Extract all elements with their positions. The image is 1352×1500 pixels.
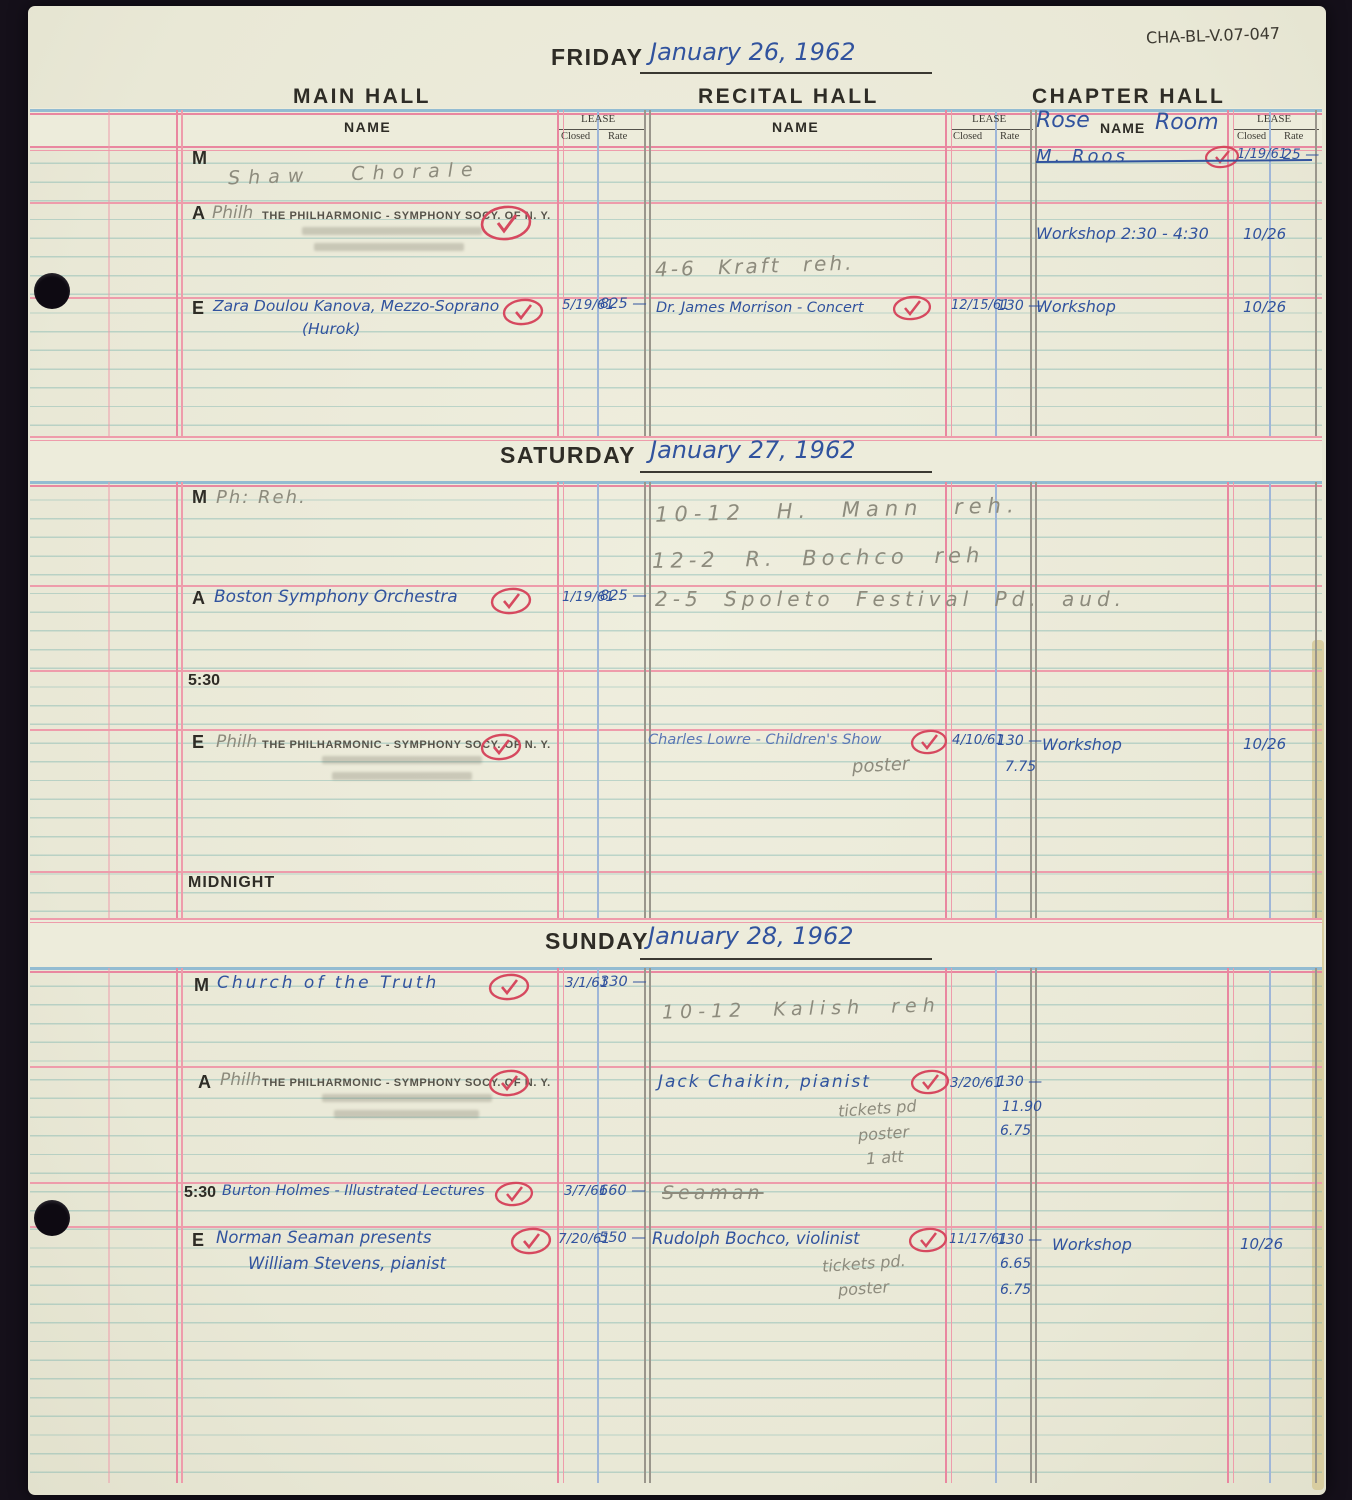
rule-line <box>1269 482 1271 918</box>
rule-line <box>108 110 110 436</box>
friday-date: January 26, 1962 <box>650 40 856 64</box>
stamp-smudge <box>334 1110 479 1118</box>
sunday-recital-e-rate: 130 — <box>997 1233 1042 1247</box>
saturday-row-e-label: E <box>192 733 204 751</box>
approval-check-icon <box>480 732 522 767</box>
rule-line <box>1035 968 1037 1483</box>
sunday-recital-a-rate3: 6.75 <box>1000 1124 1031 1138</box>
saturday-main-m-entry: Ph: Reh. <box>216 489 307 507</box>
rule-line <box>108 482 110 918</box>
recital-closed-col: Closed <box>953 132 982 143</box>
approval-check-icon <box>908 1226 948 1259</box>
sunday-chapter-e-closed: 10/26 <box>1240 1237 1283 1252</box>
rule-line <box>30 729 1322 731</box>
binder-hole <box>34 1200 70 1236</box>
saturday-main-a-rate: 825 — <box>600 589 647 604</box>
saturday-row-m-label: M <box>192 488 207 506</box>
rule-line <box>644 968 646 1483</box>
sunday-main-e-rate: 550 — <box>599 1231 646 1246</box>
rule-line <box>557 482 559 918</box>
saturday-recital-a-note: 2-5 Spoleto Festival Pd. aud. <box>655 589 1126 609</box>
sunday-recital-a-name: Jack Chaikin, pianist <box>658 1074 871 1091</box>
rule-line <box>597 110 599 436</box>
approval-check-icon <box>490 586 532 621</box>
rule-line <box>649 482 651 918</box>
rule-line <box>30 109 1322 112</box>
friday-chapter-m-entry: M. Roos <box>1036 148 1128 166</box>
rule-line <box>557 110 559 436</box>
sunday-recital-a-closed: 3/20/61 <box>950 1077 1002 1091</box>
chapter-name-col: NAME <box>1100 121 1145 135</box>
friday-chapter-a-closed: 10/26 <box>1243 227 1286 242</box>
friday-chapter-e-closed: 10/26 <box>1243 300 1286 315</box>
approval-check-icon <box>479 203 533 248</box>
stamp-smudge <box>322 756 482 764</box>
sunday-row-m-label: M <box>194 976 209 994</box>
main-lease-col: LEASE <box>581 114 615 125</box>
sunday-row-e-label: E <box>192 1231 204 1249</box>
rule-line <box>1269 968 1271 1483</box>
recital-hall-heading: RECITAL HALL <box>698 86 879 107</box>
friday-recital-a-note: 4-6 Kraft reh. <box>655 253 855 280</box>
sunday-main-530-name: Burton Holmes - Illustrated Lectures <box>222 1184 485 1199</box>
approval-check-icon <box>488 1068 530 1103</box>
saturday-chapter-e-closed: 10/26 <box>1243 737 1286 752</box>
rule-line <box>1035 482 1037 918</box>
rule-line <box>30 150 1322 152</box>
sunday-recital-530-note: Seaman <box>662 1184 764 1203</box>
sunday-main-e-name2: William Stevens, pianist <box>248 1256 446 1273</box>
rule-line <box>563 482 565 918</box>
friday-recital-e-name: Dr. James Morrison - Concert <box>656 301 864 316</box>
rule-line <box>30 1066 1322 1068</box>
rule-line <box>1233 482 1235 918</box>
rule-line <box>1234 129 1319 130</box>
friday-row-a-label: A <box>192 204 205 222</box>
friday-main-e-name: Zara Doulou Kanova, Mezzo-Soprano <box>213 299 499 315</box>
rule-line <box>563 968 565 1483</box>
approval-check-icon <box>910 728 948 761</box>
binder-hole <box>34 273 70 309</box>
chapter-name-pre: Rose <box>1036 110 1090 132</box>
friday-row-e-label: E <box>192 299 204 317</box>
saturday-date: January 27, 1962 <box>650 438 856 462</box>
recital-lease-col: LEASE <box>972 114 1006 125</box>
sunday-chapter-e-entry: Workshop <box>1052 1237 1132 1253</box>
stamp-smudge <box>332 772 472 780</box>
rule-line <box>557 968 559 1483</box>
sunday-recital-a-note3: 1 att <box>865 1149 904 1168</box>
rule-line <box>30 481 1322 484</box>
sunday-main-e-name1: Norman Seaman presents <box>216 1230 431 1247</box>
rule-line <box>557 129 645 130</box>
sunday-recital-a-note2: poster <box>858 1124 910 1144</box>
sunday-recital-a-rate: 130 — <box>997 1075 1042 1089</box>
chapter-rate-col: Rate <box>1284 132 1303 143</box>
rule-line <box>1227 968 1229 1483</box>
rule-line <box>945 110 947 436</box>
friday-chapter-e-entry: Workshop <box>1036 299 1116 315</box>
sunday-recital-e-note2: poster <box>838 1279 890 1299</box>
rule-line <box>181 110 183 436</box>
stamp-smudge <box>322 1094 492 1102</box>
recital-rate-col: Rate <box>1000 132 1019 143</box>
sunday-main-a-abbrev: Philh <box>220 1072 261 1089</box>
rule-line <box>951 968 953 1483</box>
friday-day-label: FRIDAY <box>551 46 644 69</box>
saturday-date-underline <box>640 471 932 473</box>
rule-line <box>644 482 646 918</box>
sunday-row-a-label: A <box>198 1073 211 1091</box>
rule-line <box>176 968 178 1483</box>
rule-line <box>597 482 599 918</box>
ledger-page-scan: CHA-BL-V.07-047 FRIDAY January 26, 1962 … <box>0 0 1352 1500</box>
approval-check-icon <box>910 1068 950 1101</box>
chapter-closed-col: Closed <box>1237 132 1266 143</box>
main-rate-col: Rate <box>608 132 627 143</box>
sunday-row-530-label: 5:30 <box>184 1185 216 1201</box>
sunday-recital-e-rate2: 6.65 <box>1000 1257 1031 1271</box>
chapter-lease-col: LEASE <box>1257 114 1291 125</box>
sunday-recital-a-rate2: 11.90 <box>1002 1100 1042 1114</box>
saturday-recital-e-rate2: 7.75 <box>1005 760 1036 774</box>
saturday-main-e-abbrev: Philh <box>216 734 257 751</box>
rule-line <box>30 918 1322 920</box>
chapter-name-post: Room <box>1155 112 1219 134</box>
rule-line <box>995 110 997 436</box>
approval-check-icon <box>488 972 530 1007</box>
sunday-recital-e-name: Rudolph Bochco, violinist <box>652 1231 860 1248</box>
rule-line <box>1030 482 1032 918</box>
rule-line <box>30 146 1322 148</box>
rule-line <box>951 110 953 436</box>
sunday-recital-e-rate3: 6.75 <box>1000 1283 1031 1297</box>
rule-line <box>1315 482 1317 918</box>
sunday-date-underline <box>640 958 932 960</box>
saturday-recital-e-name: Charles Lowre - Children's Show <box>648 733 881 748</box>
rule-line <box>597 968 599 1483</box>
saturday-recital-m-note2: 12-2 R. Bochco reh <box>652 545 985 572</box>
friday-main-e-rate: 825 — <box>600 297 647 312</box>
rule-line <box>181 482 183 918</box>
rule-line <box>181 968 183 1483</box>
rule-line <box>995 968 997 1483</box>
rule-line <box>1227 482 1229 918</box>
rule-line <box>30 670 1322 672</box>
sunday-main-530-rate: 660 — <box>599 1184 646 1199</box>
rule-line <box>644 110 646 436</box>
rule-line <box>108 968 110 1483</box>
friday-row-m-label: M <box>192 149 207 167</box>
rule-line <box>176 110 178 436</box>
approval-check-icon <box>502 297 544 332</box>
saturday-recital-e-note: poster <box>852 756 910 777</box>
approval-check-icon <box>494 1180 534 1213</box>
saturday-recital-e-rate: 130 — <box>997 734 1042 748</box>
sunday-day-label: SUNDAY <box>545 930 649 953</box>
main-name-col: NAME <box>344 120 391 134</box>
sunday-main-m-rate: 330 — <box>600 975 647 990</box>
friday-chapter-a-entry: Workshop 2:30 - 4:30 <box>1036 226 1209 242</box>
rule-line <box>563 110 565 436</box>
recital-name-col: NAME <box>772 120 819 134</box>
approval-check-icon <box>892 294 932 327</box>
friday-main-a-abbrev: Philh <box>212 205 253 222</box>
main-closed-col: Closed <box>561 132 590 143</box>
rule-line <box>1030 110 1032 436</box>
saturday-main-a-name: Boston Symphony Orchestra <box>214 589 458 606</box>
friday-main-e-name2: (Hurok) <box>302 322 360 338</box>
stamp-smudge <box>302 227 482 235</box>
rule-line <box>30 871 1322 873</box>
friday-date-underline <box>640 72 932 74</box>
rule-line <box>1030 968 1032 1483</box>
rule-line <box>1315 968 1317 1483</box>
rule-line <box>995 482 997 918</box>
rule-line <box>649 110 651 436</box>
rule-line <box>649 968 651 1483</box>
rule-line <box>30 967 1322 970</box>
archive-code: CHA-BL-V.07-047 <box>1146 26 1281 47</box>
chapter-hall-heading: CHAPTER HALL <box>1032 86 1225 107</box>
rule-line <box>176 482 178 918</box>
sunday-main-m-name: Church of the Truth <box>217 975 439 992</box>
stamp-smudge <box>314 243 464 251</box>
saturday-row-a-label: A <box>192 589 205 607</box>
rule-line <box>1233 968 1235 1483</box>
saturday-row-midnight-label: MIDNIGHT <box>188 875 275 891</box>
rule-line <box>30 113 1322 115</box>
saturday-chapter-e-entry: Workshop <box>1042 737 1122 753</box>
saturday-row-530-label: 5:30 <box>188 673 220 689</box>
rule-line <box>951 129 1033 130</box>
approval-check-icon <box>510 1226 552 1261</box>
main-hall-heading: MAIN HALL <box>293 86 431 107</box>
saturday-day-label: SATURDAY <box>500 444 636 467</box>
sunday-date: January 28, 1962 <box>648 924 854 948</box>
